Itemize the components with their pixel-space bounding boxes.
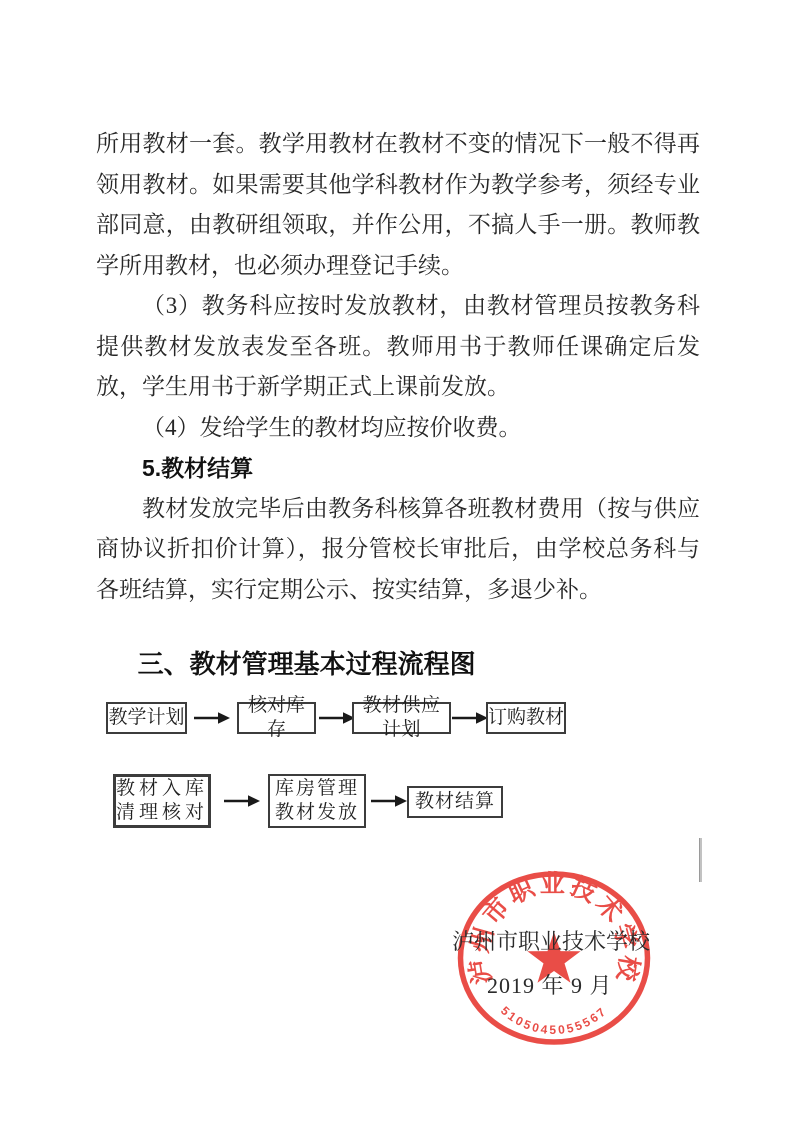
- flow-box-label: 订购教材: [488, 706, 564, 730]
- flow-box-label: 库房管理: [275, 777, 359, 801]
- document-body: 所用教材一套。教学用教材在教材不变的情况下一般不得再领用教材。如果需要其他学科教…: [96, 124, 700, 685]
- flow-arrow-icon: [319, 711, 355, 725]
- document-page: 所用教材一套。教学用教材在教材不变的情况下一般不得再领用教材。如果需要其他学科教…: [0, 0, 793, 1122]
- flow-box-label: 教材供应计划: [354, 694, 449, 742]
- official-seal: 泸州市职业技术学校 5105045055567: [455, 870, 653, 1046]
- heading-5-textbook-settlement: 5.教材结算: [96, 448, 700, 489]
- paragraph-continuation: 所用教材一套。教学用教材在教材不变的情况下一般不得再领用教材。如果需要其他学科教…: [96, 124, 700, 286]
- paragraph-item-4: （4）发给学生的教材均应按价收费。: [96, 408, 700, 449]
- paragraph-item-3: （3）教务科应按时发放教材，由教材管理员按教务科提供教材发放表发至各班。教师用书…: [96, 286, 700, 408]
- flow-box-label: 教材入库: [116, 777, 208, 801]
- date-text: 2019 年 9 月: [487, 969, 613, 1000]
- flow-arrow-icon: [224, 794, 260, 808]
- flow-arrow-icon: [371, 794, 407, 808]
- flow-box-label: 核对库存: [239, 694, 314, 742]
- flow-arrow-icon: [452, 711, 488, 725]
- vertical-line-artifact: [699, 838, 702, 882]
- flow-box-textbook-settlement: 教材结算: [407, 786, 503, 818]
- flow-box-supply-plan: 教材供应计划: [352, 702, 451, 734]
- flow-box-label: 教学计划: [108, 706, 184, 730]
- flow-box-teaching-plan: 教学计划: [106, 702, 187, 734]
- heading-section-3-flowchart: 三、教材管理基本过程流程图: [96, 644, 700, 685]
- flow-box-order-textbooks: 订购教材: [486, 702, 566, 734]
- flow-arrow-icon: [194, 711, 230, 725]
- paragraph-settlement: 教材发放完毕后由教务科核算各班教材费用（按与供应商协议折扣价计算），报分管校长审…: [96, 489, 700, 611]
- flow-box-storage-distribution: 库房管理 教材发放: [268, 774, 366, 828]
- flow-box-label: 清理核对: [116, 801, 208, 825]
- flow-box-label: 教材结算: [415, 790, 495, 814]
- flow-box-warehouse-check: 教材入库 清理核对: [113, 774, 211, 828]
- flow-box-label: 教材发放: [275, 801, 359, 825]
- school-name-text: 泸州市职业技术学校: [452, 925, 650, 956]
- flow-box-check-inventory: 核对库存: [237, 702, 316, 734]
